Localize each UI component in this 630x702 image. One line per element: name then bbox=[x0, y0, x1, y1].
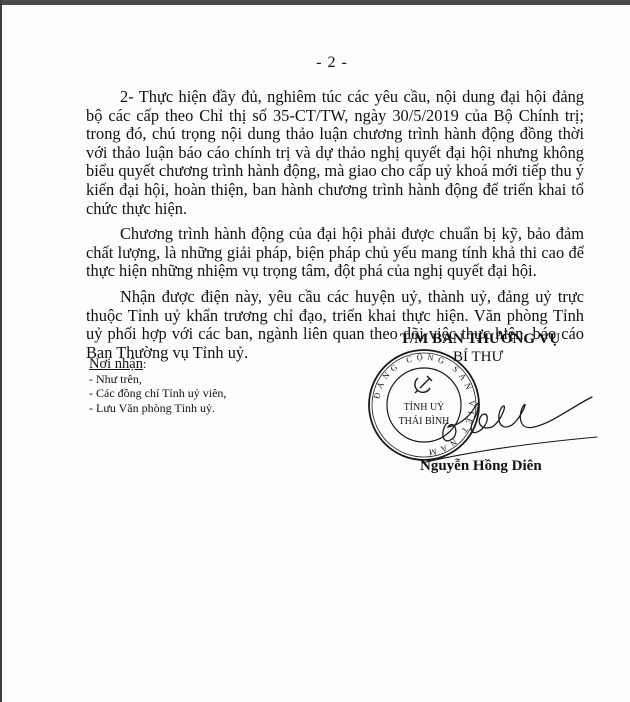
recipient-item: - Như trên, bbox=[89, 372, 226, 387]
signature-title: T/M BAN THƯỜNG VỤ bbox=[400, 331, 560, 348]
signature-block: ĐẢNG CỘNG SẢN VIỆT NAM TỈNH UỶ THÁI BÌNH… bbox=[362, 331, 602, 481]
paragraph-instruction-2: 2- Thực hiện đầy đủ, nghiêm túc các yêu … bbox=[86, 88, 584, 218]
recipients-heading-row: Nơi nhận: bbox=[89, 357, 226, 372]
recipient-item: - Lưu Văn phòng Tỉnh uỷ. bbox=[89, 401, 226, 416]
recipients-list: - Như trên, - Các đồng chí Tỉnh uỷ viên,… bbox=[89, 372, 226, 416]
paragraph-action-program: Chương trình hành động của đại hội phải … bbox=[86, 225, 584, 281]
signature-role: BÍ THƯ bbox=[453, 349, 503, 366]
document-body: 2- Thực hiện đầy đủ, nghiêm túc các yêu … bbox=[86, 88, 584, 369]
page-number: - 2 - bbox=[2, 54, 630, 72]
signer-name: Nguyễn Hồng Diên bbox=[420, 458, 542, 475]
recipients-section: Nơi nhận: - Như trên, - Các đồng chí Tỉn… bbox=[89, 357, 226, 415]
recipient-item: - Các đồng chí Tỉnh uỷ viên, bbox=[89, 386, 226, 401]
document-page: - 2 - 2- Thực hiện đầy đủ, nghiêm túc cá… bbox=[2, 5, 630, 702]
recipients-heading-colon: : bbox=[143, 357, 146, 371]
handwritten-signature-icon bbox=[402, 371, 602, 471]
recipients-heading: Nơi nhận bbox=[89, 356, 143, 372]
